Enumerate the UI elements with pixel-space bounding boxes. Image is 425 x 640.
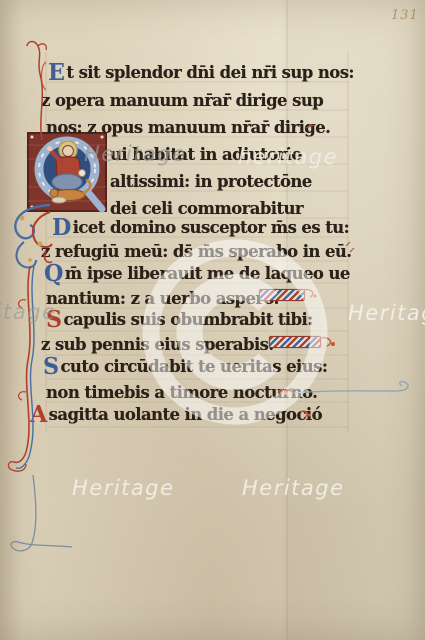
watermark-text: Heritage	[348, 301, 425, 325]
line-text: z sub pennis eius sperabis.	[41, 335, 273, 355]
text-line: Scuto circūdabit te ueritas eius:	[43, 355, 327, 379]
text-line: ui habitat in adiutorio	[110, 143, 302, 167]
line-filler	[259, 289, 305, 301]
line-text: z refugiū meū: ds̄ m̄s sperabo in eū.	[41, 242, 351, 262]
line-filler	[269, 336, 321, 348]
initial-panel	[28, 133, 106, 211]
line-text: capulis suis obumbrabit tibi:	[63, 310, 312, 330]
line-text: nos: z opus manuum nr̄ar̄ dirige.	[46, 118, 330, 138]
line-text: nantium: z a uerbo aspero.	[46, 289, 279, 309]
initial-letter: E	[48, 59, 64, 86]
text-line: z sub pennis eius sperabis.	[41, 333, 273, 357]
watermark-text: Heritage	[242, 476, 345, 500]
line-text: icet domino susceptor m̄s es tu:	[73, 218, 349, 238]
line-text: t sit splendor dn̄i dei nr̄i sup nos:	[66, 63, 354, 83]
initial-letter: S	[46, 306, 62, 333]
line-text: non timebis a timore nocturno.	[46, 383, 317, 403]
line-text: cuto circūdabit te ueritas eius:	[60, 357, 327, 377]
initial-letter: S	[43, 353, 59, 380]
text-line: nos: z opus manuum nr̄ar̄ dirige.	[46, 116, 330, 140]
lion-figure	[50, 180, 90, 203]
text-line: Dicet domino susceptor m̄s es tu:	[52, 216, 349, 240]
text-line: Scapulis suis obumbrabit tibi:	[46, 308, 313, 332]
initial-letter: A	[30, 401, 47, 428]
text-line: altissimi: in protectōne	[110, 170, 312, 194]
line-text: m̄ ipse liberauit me de laqueo ue	[65, 264, 350, 284]
initial-q-field	[39, 141, 95, 197]
initial-letter: D	[52, 214, 71, 241]
line-text: altissimi: in protectōne	[110, 172, 312, 192]
line-text: sagitta uolante in die a negoció	[49, 405, 322, 425]
text-line: Et sit splendor dn̄i dei nr̄i sup nos:	[48, 61, 354, 85]
initial-letter: Q	[44, 260, 63, 287]
text-line: Qm̄ ipse liberauit me de laqueo ue	[44, 262, 350, 286]
figure-haloed-man	[48, 141, 86, 190]
panel-corner-marks	[31, 136, 104, 209]
text-line: z opera manuum nr̄ar̄ dirige sup	[41, 89, 323, 113]
text-line: z refugiū meū: ds̄ m̄s sperabo in eū.	[41, 240, 351, 264]
folio-number: 131	[391, 8, 419, 23]
text-line: non timebis a timore nocturno.	[46, 381, 317, 405]
line-text: z opera manuum nr̄ar̄ dirige sup	[41, 91, 323, 111]
initial-q-ring	[39, 141, 95, 197]
panel-diaper-pattern	[28, 145, 106, 201]
text-line: Asagitta uolante in die a negoció	[30, 403, 322, 427]
manuscript-page: 131 Et sit spl	[0, 0, 425, 640]
line-text: ui habitat in adiutorio	[110, 145, 302, 165]
initial-q-tail	[87, 191, 102, 209]
watermark-text: Heritage	[72, 476, 175, 500]
initial-q-ring-pattern	[39, 141, 95, 197]
